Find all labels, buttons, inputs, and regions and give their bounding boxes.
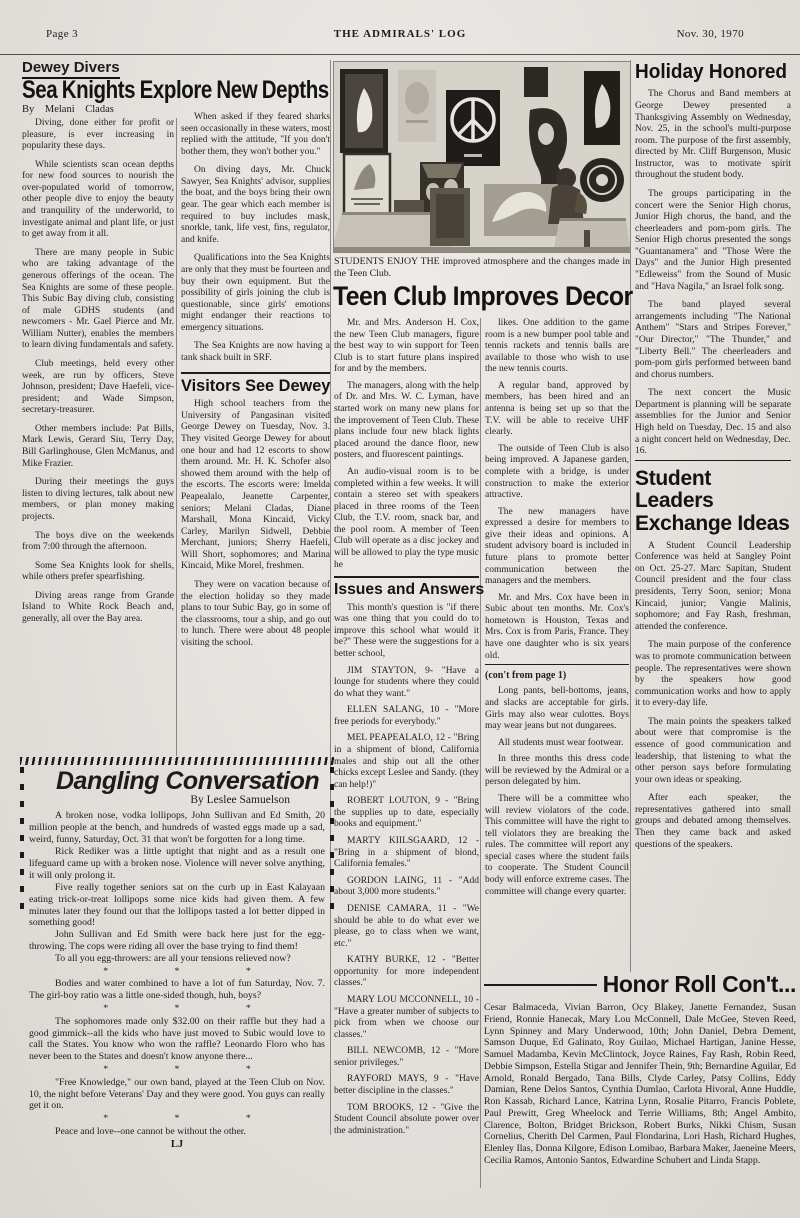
sea-knights-column-1: Diving, done either for profit or pleasu… [22, 118, 174, 633]
paragraph: The managers, along with the help of Dr.… [334, 381, 479, 462]
paragraph: A regular band, approved by members, has… [485, 381, 629, 439]
paragraph: There are many people in Subic who are t… [22, 248, 174, 352]
visitors-headline: Visitors See Dewey [181, 376, 324, 397]
honor-roll-names: Cesar Balmaceda, Vivian Barron, Ocy Blak… [484, 1002, 796, 1167]
header-rule [0, 54, 800, 55]
faded-poster [398, 70, 436, 142]
issues-intro: This month's question is "if there was o… [334, 603, 479, 661]
paragraph: They were on vacation because of the ele… [181, 580, 330, 649]
paragraph: Diving areas range from Grande Island to… [22, 591, 174, 626]
paragraph: DENISE CAMARA, 11 - "We should be able t… [334, 904, 479, 950]
sketch-poster [344, 154, 390, 218]
circle-pattern-poster [580, 158, 624, 202]
small-poster [524, 67, 548, 97]
paragraph: During their meetings the guys listen to… [22, 477, 174, 523]
newspaper-page: Page 3 THE ADMIRALS' LOG Nov. 30, 1970 D… [0, 0, 800, 1218]
holiday-body: The Chorus and Band members at George De… [635, 89, 791, 460]
paragraph: To all you egg-throwers: are all your te… [29, 953, 325, 965]
paragraph: Mr. and Mrs. Cox have been in Subic abou… [485, 593, 629, 665]
paragraph: Mr. and Mrs. Anderson H. Cox, the new Te… [334, 318, 479, 376]
paragraph: JIM STAYTON, 9- "Have a lounge for stude… [334, 666, 479, 701]
honor-roll-section: Honor Roll Con't... Cesar Balmaceda, Viv… [484, 971, 796, 1167]
separator: * * * [29, 1064, 325, 1075]
paragraph: Bodies and water combined to have a lot … [29, 978, 325, 1002]
visitors-body: High school teachers from the University… [181, 399, 330, 649]
paragraph: The boys dive on the weekends from 7:00 … [22, 531, 174, 554]
issues-entries: JIM STAYTON, 9- "Have a lounge for stude… [334, 666, 479, 1138]
column-divider [480, 318, 481, 1188]
paragraph: Diving, done either for profit or pleasu… [22, 118, 174, 153]
paragraph: KATHY BURKE, 12 - "Better opportunity fo… [334, 955, 479, 990]
paragraph: While scientists scan ocean depths for n… [22, 160, 174, 241]
honor-roll-rule [484, 984, 597, 986]
hash-border-top [20, 757, 334, 765]
paragraph: John Sullivan and Ed Smith were back her… [29, 929, 325, 953]
student-leaders-headline: Student Leaders Exchange Ideas [635, 468, 791, 536]
paragraph: The band played several arrangements inc… [635, 300, 791, 381]
sea-knights-byline: By Melani Cladas [22, 104, 114, 115]
paragraph: RAYFORD MAYS, 9 - "Have better disciplin… [334, 1074, 479, 1097]
photo-caption: STUDENTS ENJOY THE improved atmosphere a… [334, 256, 630, 280]
separator: * * * [29, 1113, 325, 1124]
paragraph: Some Sea Knights look for shells, while … [22, 561, 174, 584]
paragraph: A Student Council Leadership Conference … [635, 541, 791, 634]
paragraph: Other members include: Pat Bills, Mark L… [22, 424, 174, 470]
separator: * * * [29, 1003, 325, 1014]
paragraph: ELLEN SALANG, 10 - "More free periods fo… [334, 705, 479, 728]
paragraph: BILL NEWCOMB, 12 - "More senior privileg… [334, 1046, 479, 1069]
teen-club-photo [334, 62, 630, 252]
paragraph: In three months this dress code will be … [485, 754, 629, 789]
paragraph: The outside of Teen Club is also being i… [485, 444, 629, 502]
paragraph: An audio-visual room is to be completed … [334, 467, 479, 571]
issues-headline: Issues and Answers [334, 580, 476, 600]
paragraph: GORDON LAING, 11 - "Add about 3,000 more… [334, 876, 479, 899]
section-rule [181, 372, 330, 374]
paragraph: The Chorus and Band members at George De… [635, 89, 791, 182]
portrait-poster [584, 71, 620, 145]
paragraph: The Sea Knights are now having a tank sh… [181, 341, 330, 364]
section-rule [334, 576, 479, 578]
paragraph: The next concert the Music Department is… [635, 388, 791, 460]
teen-club-column-1: Mr. and Mrs. Anderson H. Cox, the new Te… [334, 318, 479, 571]
paragraph: The main points the speakers talked abou… [635, 717, 791, 786]
honor-roll-headline: Honor Roll Con't... [603, 971, 796, 998]
hash-border-left [20, 767, 24, 909]
paragraph: likes. One addition to the game room is … [485, 318, 629, 376]
paragraph: The sophomores made only $32.00 on their… [29, 1016, 325, 1064]
column-divider [176, 118, 177, 756]
continuation-note: (con't from page 1) [485, 670, 629, 682]
paragraph: Long pants, bell-bottoms, jeans, and sla… [485, 686, 629, 732]
paragraph: High school teachers from the University… [181, 399, 330, 573]
paragraph: After each speaker, the representatives … [635, 793, 791, 851]
teen-club-column-2: likes. One addition to the game room is … [485, 318, 629, 665]
paragraph: There will be a committee who will revie… [485, 794, 629, 898]
student-leaders-body: A Student Council Leadership Conference … [635, 541, 791, 851]
swirl-poster [484, 184, 558, 236]
paragraph: MARY LOU MCCONNELL, 10 - "Have a greater… [334, 995, 479, 1041]
paragraph: On diving days, Mr. Chuck Sawyer, Sea Kn… [181, 165, 330, 246]
issue-date: Nov. 30, 1970 [677, 28, 744, 40]
paragraph: The groups participating in the concert … [635, 189, 791, 293]
paragraph: Peace and love--one cannot be without th… [29, 1126, 325, 1138]
paragraph: Five really together seniors sat on the … [29, 882, 325, 930]
column-divider [630, 60, 631, 972]
paragraph: When asked if they feared sharks seen oc… [181, 112, 330, 158]
paragraph: A broken nose, vodka lollipops, John Sul… [29, 810, 325, 846]
peace-sign-poster [446, 90, 500, 166]
paragraph: Club meetings, held every other week, ar… [22, 359, 174, 417]
paragraph: The new managers have expressed a desire… [485, 507, 629, 588]
paragraph: TOM BROOKS, 12 - "Give the Student Counc… [334, 1103, 479, 1138]
paragraph: Rick Rediker was a little uptight that n… [29, 846, 325, 882]
paragraph: "Free Knowledge," our own band, played a… [29, 1077, 325, 1113]
framed-poster [340, 69, 388, 153]
dangling-signoff: LJ [20, 1139, 334, 1150]
sea-knights-column-2: When asked if they feared sharks seen oc… [181, 112, 330, 365]
paragraph: Qualifications into the Sea Knights are … [181, 253, 330, 334]
dangling-body: A broken nose, vodka lollipops, John Sul… [20, 810, 334, 1138]
column-2: When asked if they feared sharks seen oc… [181, 112, 330, 656]
paragraph: ROBERT LOUTON, 9 - "Bring the supplies u… [334, 796, 479, 831]
column-4: likes. One addition to the game room is … [485, 318, 629, 903]
paragraph: MEL PEAPEALALO, 12 - "Bring in a shipmen… [334, 733, 479, 791]
paragraph: The main purpose of the conference was t… [635, 640, 791, 709]
column-5: Holiday Honored The Chorus and Band memb… [635, 60, 791, 858]
holiday-headline: Holiday Honored [635, 60, 783, 84]
dangling-title: Dangling Conversation [56, 767, 334, 796]
column-3: Mr. and Mrs. Anderson H. Cox, the new Te… [334, 318, 479, 1142]
separator: * * * [29, 966, 325, 977]
paragraph: All students must wear footwear. [485, 738, 629, 750]
dress-code-body: Long pants, bell-bottoms, jeans, and sla… [485, 686, 629, 898]
dangling-conversation-box: Dangling Conversation By Leslee Samuelso… [20, 757, 334, 1150]
sea-knights-headline: Sea Knights Explore New Depths [22, 76, 329, 105]
paragraph: MARTY KIILSGAARD, 12 - "Bring in a shipm… [334, 836, 479, 871]
teen-club-headline: Teen Club Improves Decor [333, 281, 633, 312]
